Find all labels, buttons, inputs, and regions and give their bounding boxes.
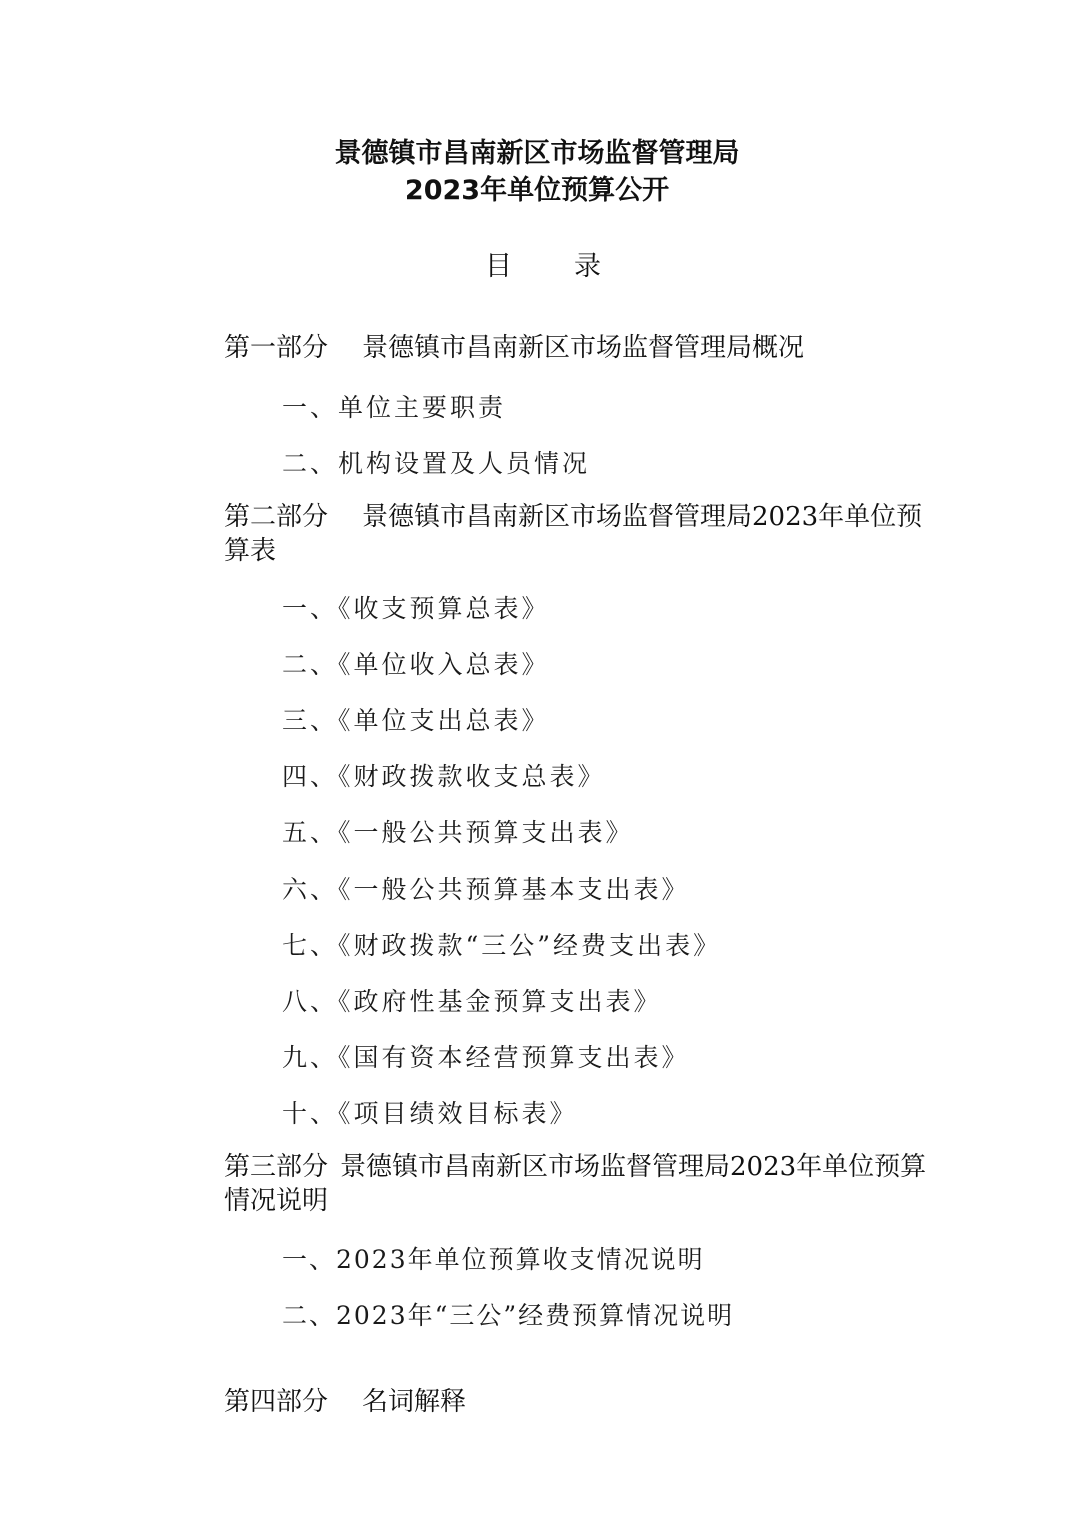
toc-part-4[interactable]: 第四部分名词解释 — [224, 1385, 944, 1419]
toc-part-2[interactable]: 第二部分景德镇市昌南新区市场监督管理局2023年单位预算表 — [224, 500, 944, 568]
toc-item[interactable]: 一、《收支预算总表》 — [282, 589, 550, 625]
toc-item[interactable]: 七、《财政拨款“三公”经费支出表》 — [282, 926, 721, 962]
document-title-line2: 2023年单位预算公开 — [0, 168, 1074, 207]
toc-heading: 目录 — [0, 244, 1074, 283]
toc-item[interactable]: 二、2023年“三公”经费预算情况说明 — [282, 1296, 734, 1332]
toc-item[interactable]: 一、单位主要职责 — [282, 388, 506, 424]
document-title-line1: 景德镇市昌南新区市场监督管理局 — [0, 131, 1074, 170]
toc-item[interactable]: 十、《项目绩效目标表》 — [282, 1094, 578, 1130]
toc-item[interactable]: 三、《单位支出总表》 — [282, 701, 550, 737]
toc-item[interactable]: 四、《财政拨款收支总表》 — [282, 757, 606, 793]
part-title: 名词解释 — [362, 1387, 466, 1417]
toc-item[interactable]: 二、《单位收入总表》 — [282, 645, 550, 681]
toc-item[interactable]: 一、2023年单位预算收支情况说明 — [282, 1240, 705, 1276]
part-label: 第三部分 — [224, 1152, 328, 1182]
toc-item[interactable]: 二、机构设置及人员情况 — [282, 444, 590, 480]
part-title: 景德镇市昌南新区市场监督管理局2023年单位预算表 — [224, 502, 922, 566]
toc-heading-char2: 录 — [574, 244, 601, 283]
toc-item[interactable]: 五、《一般公共预算支出表》 — [282, 813, 634, 849]
toc-part-3[interactable]: 第三部分景德镇市昌南新区市场监督管理局2023年单位预算情况说明 — [224, 1150, 944, 1218]
toc-item[interactable]: 六、《一般公共预算基本支出表》 — [282, 870, 690, 906]
toc-part-1[interactable]: 第一部分景德镇市昌南新区市场监督管理局概况 — [224, 331, 944, 365]
part-label: 第一部分 — [224, 333, 328, 363]
part-title: 景德镇市昌南新区市场监督管理局概况 — [362, 333, 804, 363]
part-label: 第四部分 — [224, 1387, 328, 1417]
toc-heading-char1: 目 — [485, 244, 512, 283]
part-label: 第二部分 — [224, 502, 328, 532]
toc-item[interactable]: 八、《政府性基金预算支出表》 — [282, 982, 662, 1018]
part-title: 景德镇市昌南新区市场监督管理局2023年单位预算情况说明 — [224, 1152, 926, 1216]
toc-item[interactable]: 九、《国有资本经营预算支出表》 — [282, 1038, 690, 1074]
